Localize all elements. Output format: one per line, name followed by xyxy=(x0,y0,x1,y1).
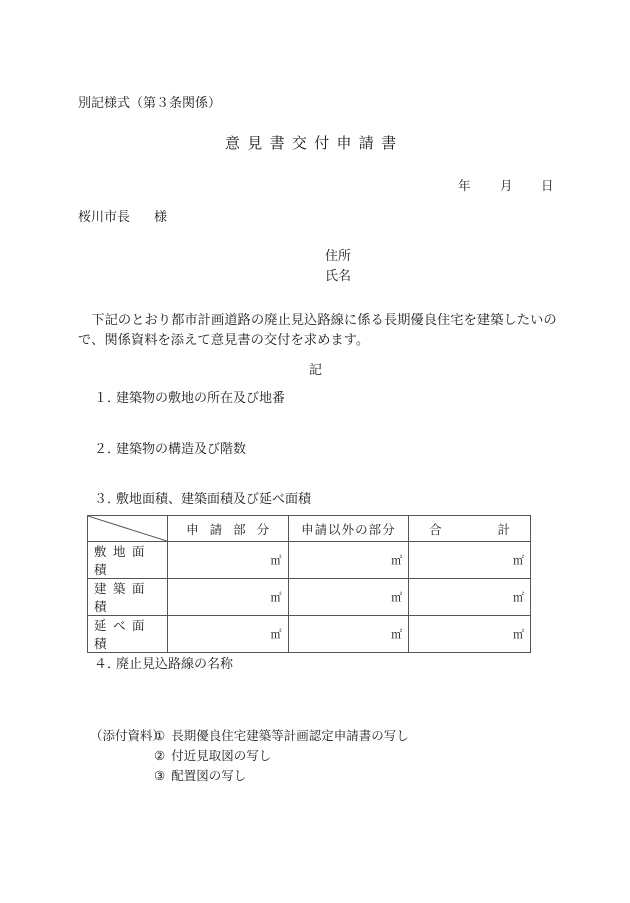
diagonal-line-icon xyxy=(88,516,167,541)
total-value[interactable]: ㎡ xyxy=(409,579,531,616)
header-total: 合 計 xyxy=(409,516,531,542)
item-label: 建築物の構造及び階数 xyxy=(116,442,246,457)
item-number: ３． xyxy=(94,493,116,506)
other-part-value[interactable]: ㎡ xyxy=(288,579,409,616)
item-number: １． xyxy=(94,392,116,405)
item-label: 建築物の敷地の所在及び地番 xyxy=(116,391,285,406)
attachment-text: 長期優良住宅建築等計画認定申請書の写し xyxy=(171,728,409,743)
circled-number-icon: ③ xyxy=(154,768,165,783)
header-total-left: 合 xyxy=(429,520,442,538)
paragraph-line: で、関係資料を添えて意見書の交付を求めます。 xyxy=(78,331,562,351)
date-year-label: 年 xyxy=(458,180,471,193)
attachment-text: 配置図の写し xyxy=(171,768,246,783)
area-table-header-row: 申請部分 申請以外の部分 合 計 xyxy=(88,516,531,542)
addressee-honorific: 様 xyxy=(154,210,167,225)
applied-part-value[interactable]: ㎡ xyxy=(167,616,288,653)
attachment-item-1: （添付資料）①長期優良住宅建築等計画認定申請書の写し xyxy=(90,730,409,743)
header-other-part: 申請以外の部分 xyxy=(288,516,409,542)
header-total-right: 計 xyxy=(497,520,510,538)
date-day-label: 日 xyxy=(541,180,554,193)
area-table: 申請部分 申請以外の部分 合 計 敷地面積 ㎡ ㎡ ㎡ 建築面積 ㎡ ㎡ ㎡ 延… xyxy=(87,515,531,653)
document-title: 意見書交付申請書 xyxy=(225,136,403,151)
table-row-building-area: 建築面積 ㎡ ㎡ ㎡ xyxy=(88,579,531,616)
circled-number-icon: ② xyxy=(154,748,165,763)
total-value[interactable]: ㎡ xyxy=(409,542,531,579)
applicant-address-label: 住所 xyxy=(325,250,351,263)
applied-part-value[interactable]: ㎡ xyxy=(167,579,288,616)
other-part-value[interactable]: ㎡ xyxy=(288,616,409,653)
attachment-item-2: ②付近見取図の写し xyxy=(154,750,271,763)
row-label: 延べ面積 xyxy=(88,616,168,653)
circled-number-icon: ① xyxy=(154,728,165,743)
attachment-text: 付近見取図の写し xyxy=(171,748,271,763)
addressee-name: 桜川市長 xyxy=(78,210,130,225)
ki-heading: 記 xyxy=(309,364,322,377)
request-paragraph: 下記のとおり都市計画道路の廃止見込路線に係る長期優良住宅を建築したいの で、関係… xyxy=(78,311,562,351)
item-number: ２． xyxy=(94,443,116,456)
item-site-location: １．建築物の敷地の所在及び地番 xyxy=(94,392,285,405)
table-row-site-area: 敷地面積 ㎡ ㎡ ㎡ xyxy=(88,542,531,579)
item-label: 敷地面積、建築面積及び延べ面積 xyxy=(116,492,311,507)
applied-part-value[interactable]: ㎡ xyxy=(167,542,288,579)
item-areas: ３．敷地面積、建築面積及び延べ面積 xyxy=(94,493,311,506)
item-number: ４． xyxy=(94,658,116,671)
form-label: 別記様式（第３条関係） xyxy=(78,97,221,110)
applicant-name-label: 氏名 xyxy=(325,270,351,283)
row-label: 建築面積 xyxy=(88,579,168,616)
header-applied-part: 申請部分 xyxy=(167,516,288,542)
paragraph-line: 下記のとおり都市計画道路の廃止見込路線に係る長期優良住宅を建築したいの xyxy=(78,311,562,331)
date-month-label: 月 xyxy=(500,180,513,193)
item-structure-floors: ２．建築物の構造及び階数 xyxy=(94,443,246,456)
total-value[interactable]: ㎡ xyxy=(409,616,531,653)
addressee: 桜川市長様 xyxy=(78,211,167,224)
item-label: 廃止見込路線の名称 xyxy=(116,657,233,672)
table-row-total-floor-area: 延べ面積 ㎡ ㎡ ㎡ xyxy=(88,616,531,653)
attachment-item-3: ③配置図の写し xyxy=(154,770,246,783)
diagonal-corner-cell xyxy=(88,516,168,542)
item-route-name: ４．廃止見込路線の名称 xyxy=(94,658,233,671)
other-part-value[interactable]: ㎡ xyxy=(288,542,409,579)
attachments-label: （添付資料） xyxy=(90,730,154,743)
row-label: 敷地面積 xyxy=(88,542,168,579)
